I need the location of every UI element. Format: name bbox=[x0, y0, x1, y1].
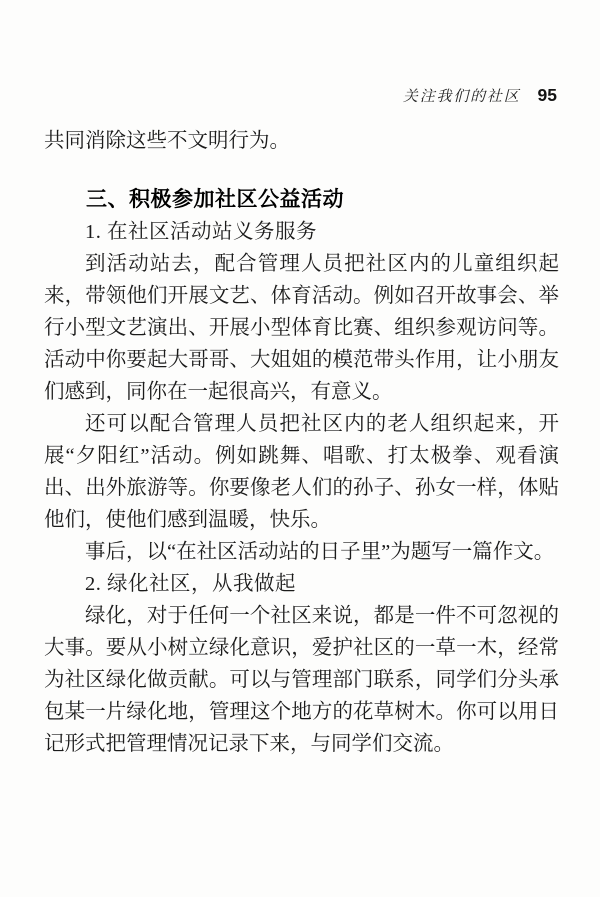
subsection-2-heading: 2. 绿化社区，从我做起 bbox=[44, 568, 559, 600]
paragraph-2: 还可以配合管理人员把社区内的老人组织起来，开展“夕阳红”活动。例如跳舞、唱歌、打… bbox=[44, 408, 559, 536]
paragraph-1: 到活动站去，配合管理人员把社区内的儿童组织起来，带领他们开展文艺、体育活动。例如… bbox=[44, 248, 559, 408]
chapter-title: 关注我们的社区 bbox=[403, 85, 521, 106]
page-body: 共同消除这些不文明行为。 三、积极参加社区公益活动 1. 在社区活动站义务服务 … bbox=[44, 125, 559, 760]
paragraph-3: 事后，以“在社区活动站的日子里”为题写一篇作文。 bbox=[44, 536, 559, 568]
textbook-page: 关注我们的社区 95 共同消除这些不文明行为。 三、积极参加社区公益活动 1. … bbox=[0, 0, 600, 897]
section-heading: 三、积极参加社区公益活动 bbox=[44, 184, 559, 216]
running-head: 关注我们的社区 95 bbox=[403, 85, 557, 106]
subsection-1-heading: 1. 在社区活动站义务服务 bbox=[44, 216, 559, 248]
page-number: 95 bbox=[538, 85, 557, 106]
paragraph-continuation: 共同消除这些不文明行为。 bbox=[44, 125, 559, 157]
paragraph-4: 绿化，对于任何一个社区来说，都是一件不可忽视的大事。要从小树立绿化意识，爱护社区… bbox=[44, 600, 559, 760]
